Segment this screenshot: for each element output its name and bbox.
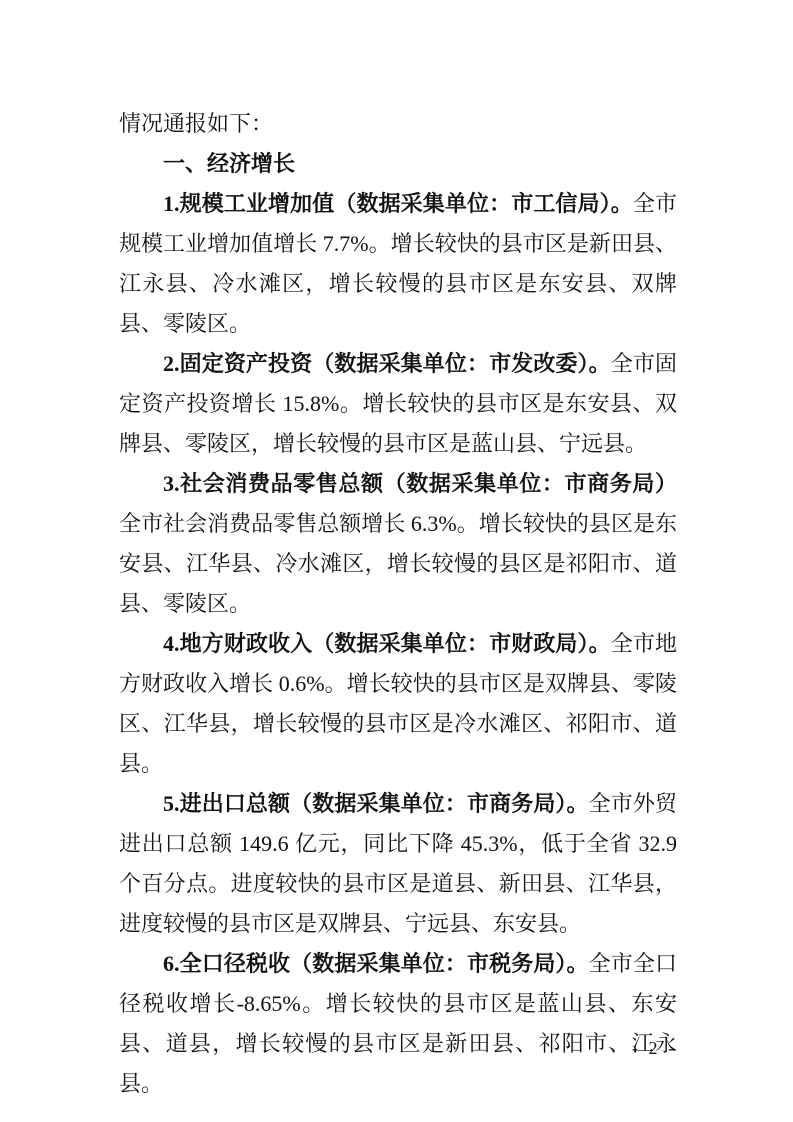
paragraph-lead: 5.进出口总额（数据采集单位：市商务局）。 [163, 791, 589, 816]
paragraph-local-fiscal-revenue: 4.地方财政收入（数据采集单位：市财政局）。全市地方财政收入增长 0.6%。增长… [119, 624, 677, 784]
paragraph-import-export-total: 5.进出口总额（数据采集单位：市商务局）。全市外贸进出口总额 149.6 亿元，… [119, 784, 677, 944]
paragraph-lead: 4.地方财政收入（数据采集单位：市财政局）。 [163, 631, 611, 656]
intro-line: 情况通报如下： [119, 104, 677, 144]
paragraph-lead: 1.规模工业增加值（数据采集单位：市工信局）。 [163, 191, 633, 216]
paragraph-lead: 3.社会消费品零售总额（数据采集单位：市商务局） [163, 471, 677, 496]
paragraph-fixed-asset-investment: 2.固定资产投资（数据采集单位：市发改委）。全市固定资产投资增长 15.8%。增… [119, 344, 677, 464]
document-page: 情况通报如下： 一、经济增长 1.规模工业增加值（数据采集单位：市工信局）。全市… [0, 0, 793, 1122]
page-number: - 2 - [632, 1036, 677, 1060]
paragraph-body: 全市社会消费品零售总额增长 6.3%。增长较快的县区是东安县、江华县、冷水滩区，… [119, 511, 677, 616]
paragraph-total-tax-revenue: 6.全口径税收（数据采集单位：市税务局）。全市全口径税收增长-8.65%。增长较… [119, 944, 677, 1104]
report-content: 情况通报如下： 一、经济增长 1.规模工业增加值（数据采集单位：市工信局）。全市… [119, 104, 677, 1104]
paragraph-lead: 2.固定资产投资（数据采集单位：市发改委）。 [163, 351, 611, 376]
paragraph-industrial-added-value: 1.规模工业增加值（数据采集单位：市工信局）。全市规模工业增加值增长 7.7%。… [119, 184, 677, 344]
paragraph-lead: 6.全口径税收（数据采集单位：市税务局）。 [163, 951, 589, 976]
paragraph-retail-sales: 3.社会消费品零售总额（数据采集单位：市商务局）全市社会消费品零售总额增长 6.… [119, 464, 677, 624]
section-heading-economic-growth: 一、经济增长 [119, 144, 677, 184]
